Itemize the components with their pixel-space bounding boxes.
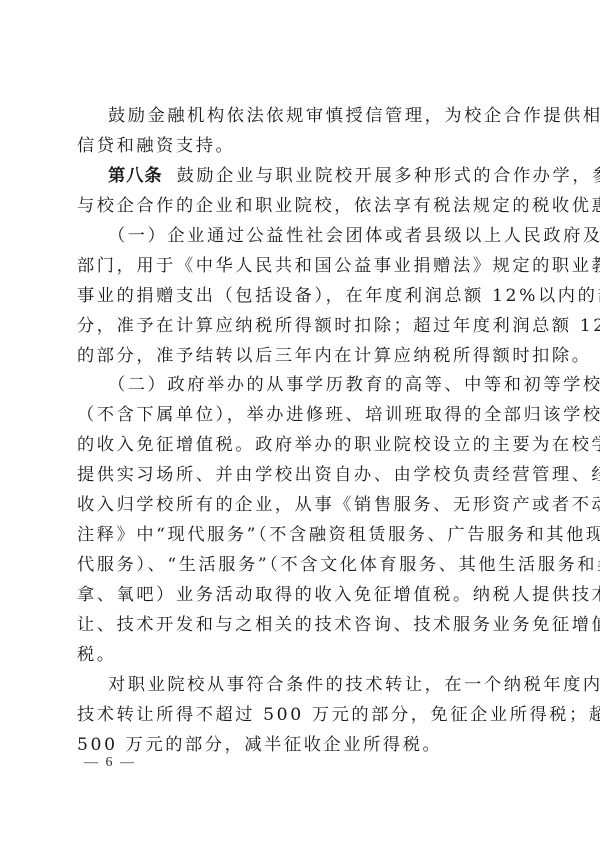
text-line: 收入归学校所有的企业，从事《销售服务、无形资产或者不动产 [77, 491, 519, 521]
text-line: 拿、氧吧）业务活动取得的收入免征增值税。纳税人提供技术转 [77, 581, 519, 611]
text-line: 代服务）、“生活服务”（不含文化体育服务、其他生活服务和桑 [77, 551, 519, 581]
text-line-body: 鼓励企业与职业院校开展多种形式的合作办学，参 [177, 166, 600, 186]
text-line: （一）企业通过公益性社会团体或者县级以上人民政府及其 [77, 222, 519, 252]
paragraph-item-2: （二）政府举办的从事学历教育的高等、中等和初等学校 （不含下属单位），举办进修班… [77, 371, 519, 670]
document-page: 鼓励金融机构依法依规审慎授信管理，为校企合作提供相关 信贷和融资支持。 第八条鼓… [77, 102, 519, 761]
page-number: — 6 — [84, 755, 136, 771]
text-line: 事业的捐赠支出（包括设备），在年度利润总额 12%以内的部 [77, 282, 519, 312]
paragraph-article-8: 第八条鼓励企业与职业院校开展多种形式的合作办学，参 与校企合作的企业和职业院校，… [77, 162, 519, 222]
text-line: 提供实习场所、并由学校出资自办、由学校负责经营管理、经营 [77, 461, 519, 491]
text-line: 500 万元的部分，减半征收企业所得税。 [77, 731, 519, 761]
text-line: 的部分，准予结转以后三年内在计算应纳税所得额时扣除。 [77, 342, 519, 372]
paragraph-tech-transfer: 对职业院校从事符合条件的技术转让，在一个纳税年度内， 技术转让所得不超过 500… [77, 671, 519, 761]
text-line: 注释》中“现代服务”（不含融资租赁服务、广告服务和其他现 [77, 521, 519, 551]
paragraph-financial-support: 鼓励金融机构依法依规审慎授信管理，为校企合作提供相关 信贷和融资支持。 [77, 102, 519, 162]
text-line: 对职业院校从事符合条件的技术转让，在一个纳税年度内， [77, 671, 519, 701]
text-line: 的收入免征增值税。政府举办的职业院校设立的主要为在校学生 [77, 431, 519, 461]
text-line: 信贷和融资支持。 [77, 132, 519, 162]
text-line: 税。 [77, 641, 519, 671]
paragraph-item-1: （一）企业通过公益性社会团体或者县级以上人民政府及其 部门，用于《中华人民共和国… [77, 222, 519, 372]
text-line: 与校企合作的企业和职业院校，依法享有税法规定的税收优惠。 [77, 192, 519, 222]
text-line: （二）政府举办的从事学历教育的高等、中等和初等学校 [77, 371, 519, 401]
article-heading: 第八条 [108, 166, 163, 186]
text-line: 鼓励金融机构依法依规审慎授信管理，为校企合作提供相关 [77, 102, 519, 132]
text-line: 让、技术开发和与之相关的技术咨询、技术服务业务免征增值 [77, 611, 519, 641]
text-line: 分，准予在计算应纳税所得额时扣除；超过年度利润总额 12% [77, 312, 519, 342]
text-line: 部门，用于《中华人民共和国公益事业捐赠法》规定的职业教育 [77, 252, 519, 282]
text-line: 技术转让所得不超过 500 万元的部分，免征企业所得税；超过 [77, 701, 519, 731]
text-line: （不含下属单位），举办进修班、培训班取得的全部归该学校所有 [77, 401, 519, 431]
text-line: 第八条鼓励企业与职业院校开展多种形式的合作办学，参 [77, 162, 519, 192]
